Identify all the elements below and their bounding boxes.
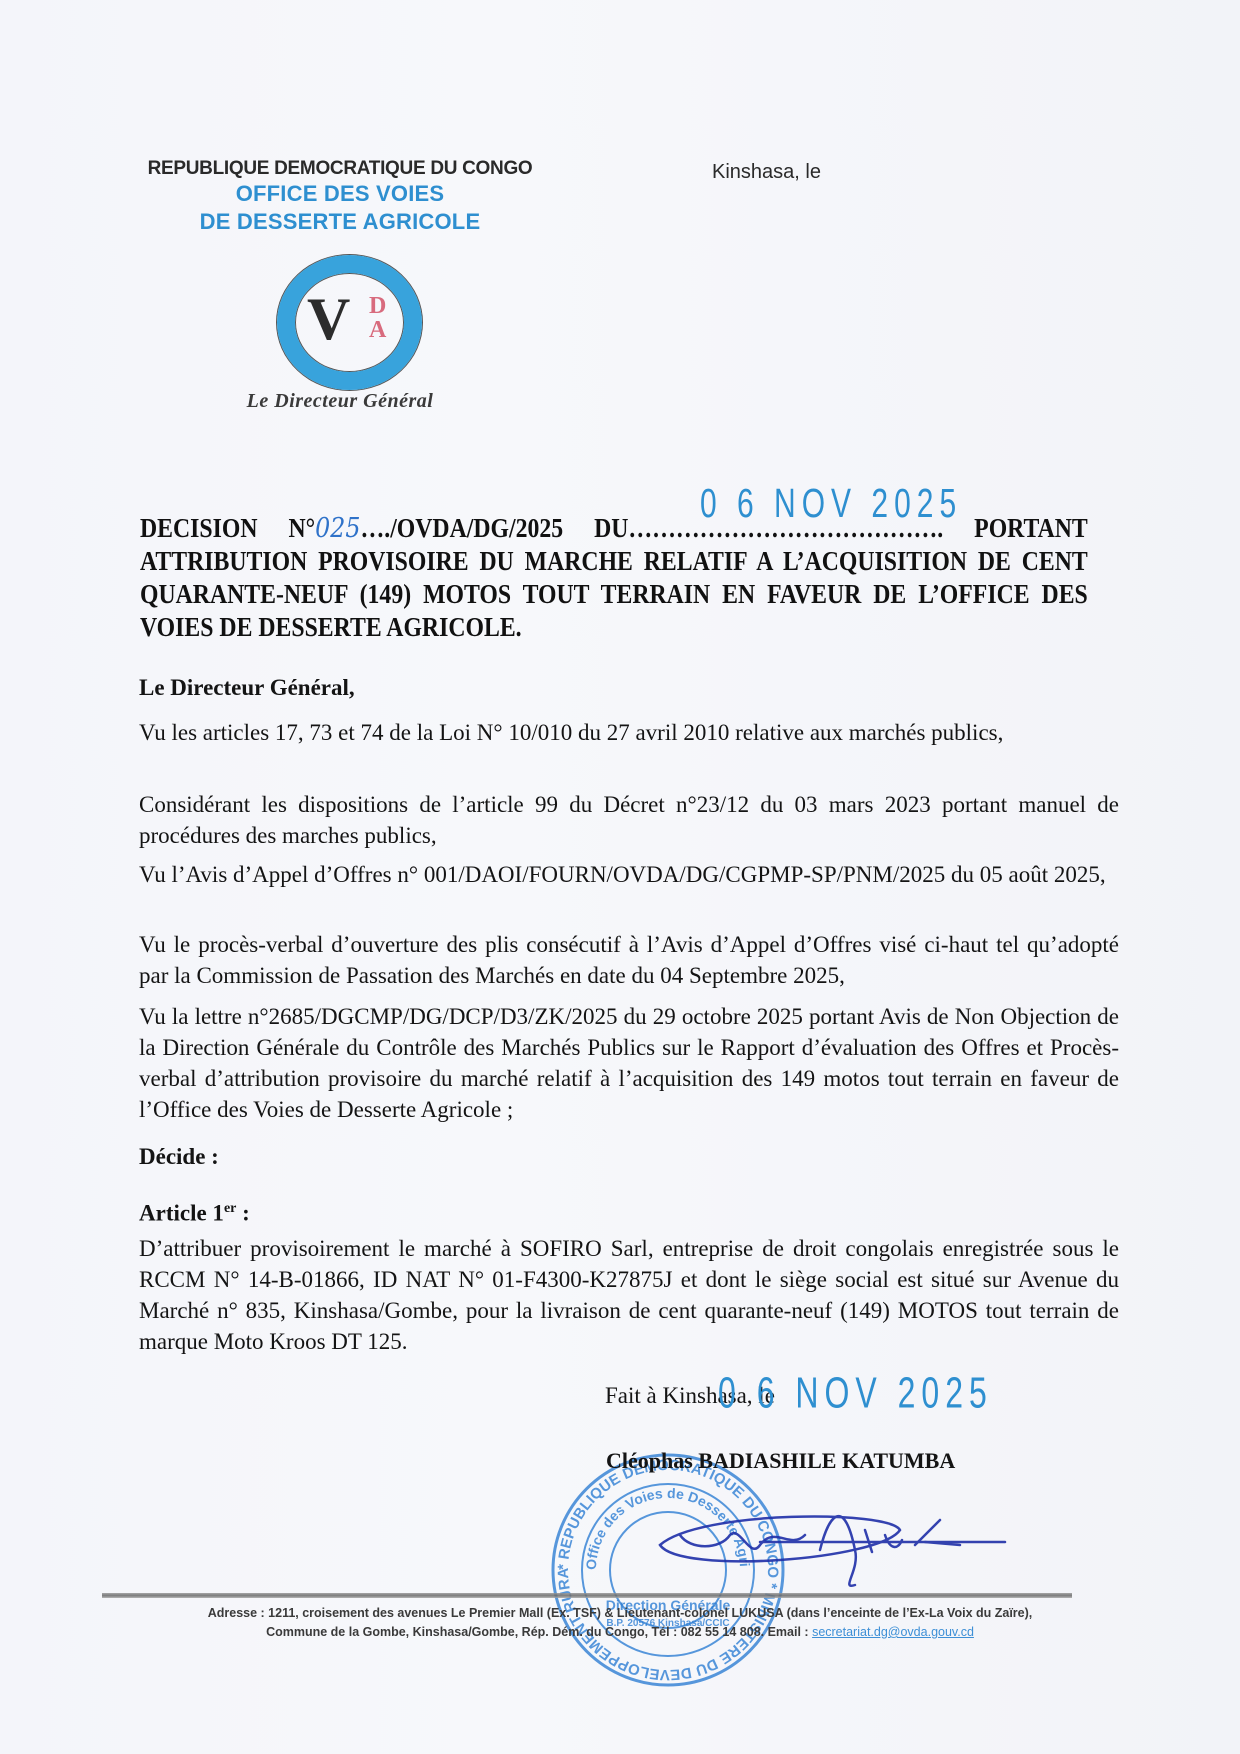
letterhead: REPUBLIQUE DEMOCRATIQUE DU CONGO OFFICE … [130, 158, 550, 236]
footer-email-link[interactable]: secretariat.dg@ovda.gouv.cd [812, 1625, 974, 1639]
place-date-label: Kinshasa, le [712, 161, 821, 184]
country-name: REPUBLIQUE DEMOCRATIQUE DU CONGO [130, 158, 550, 180]
document-page: REPUBLIQUE DEMOCRATIQUE DU CONGO OFFICE … [0, 0, 1240, 1754]
visa-item: Vu le procès-verbal d’ouverture des plis… [139, 929, 1119, 991]
article-colon: : [236, 1201, 249, 1226]
office-name-line1: OFFICE DES VOIES [130, 180, 550, 208]
logo-letter-v: V [307, 285, 350, 354]
decision-prefix: DECISION N° [140, 513, 315, 543]
article-label: Article 1 [139, 1201, 224, 1226]
handwritten-signature-icon [640, 1490, 1010, 1600]
closing-date-stamp: 0 6 NOV 2025 [718, 1369, 993, 1419]
ovda-logo-icon: V D A [277, 255, 422, 390]
decision-number-handwritten: 025 [315, 513, 360, 544]
decision-title: DECISION N°025…./OVDA/DG/2025 DU……………………… [140, 512, 1088, 644]
article-1-text: D’attribuer provisoirement le marché à S… [139, 1233, 1119, 1357]
visa-item: Considérant les dispositions de l’articl… [139, 789, 1119, 851]
article-superscript: er [224, 1201, 236, 1216]
visa-item: Vu la lettre n°2685/DGCMP/DG/DCP/D3/ZK/2… [139, 1001, 1119, 1125]
visa-item: Vu l’Avis d’Appel d’Offres n° 001/DAOI/F… [139, 859, 1119, 890]
footer-address-line1: Adresse : 1211, croisement des avenues L… [100, 1604, 1140, 1623]
decision-date-dots: …………………………………. [628, 513, 943, 543]
article-heading: Article 1er : [139, 1193, 1119, 1229]
footer-address: Adresse : 1211, croisement des avenues L… [100, 1604, 1140, 1642]
director-general-caption: Le Directeur Général [235, 390, 445, 413]
footer-divider [102, 1593, 1072, 1598]
visa-item: Vu les articles 17, 73 et 74 de la Loi N… [139, 717, 1119, 748]
decision-number-dots: … [360, 513, 384, 543]
logo-letter-d: D [369, 293, 386, 320]
signer-name: Cléophas BADIASHILE KATUMBA [606, 1448, 955, 1474]
footer-contact: Commune de la Gombe, Kinshasa/Gombe, Rép… [266, 1625, 812, 1639]
logo-letter-a: A [369, 317, 386, 344]
decision-reference: ./OVDA/DG/2025 DU [384, 513, 628, 543]
decide-heading: Décide : [139, 1141, 1119, 1172]
authority-heading: Le Directeur Général, [139, 672, 1119, 703]
office-name-line2: DE DESSERTE AGRICOLE [130, 208, 550, 236]
footer-address-line2: Commune de la Gombe, Kinshasa/Gombe, Rép… [100, 1623, 1140, 1642]
